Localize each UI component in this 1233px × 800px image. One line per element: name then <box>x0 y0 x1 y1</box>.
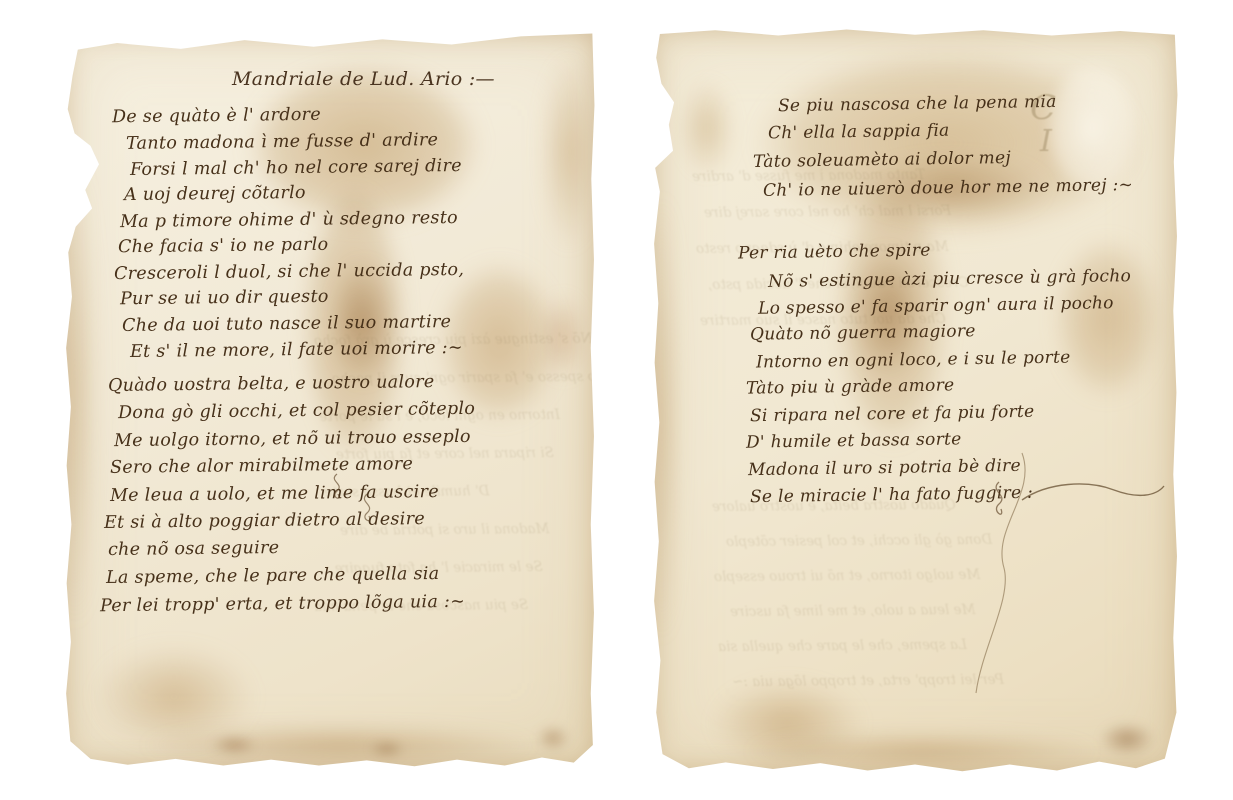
manuscript-line: Madona il uro si potria bè dire <box>748 456 1021 480</box>
manuscript-line: Et s' il ne more, il fate uoi morire :~ <box>130 338 463 362</box>
manuscript-line: Intorno en ogni loco, e i su le porte <box>756 348 1071 373</box>
manuscript-line: Forsi l mal ch' ho nel core sarej dire <box>130 156 462 180</box>
paper-stain <box>104 720 574 770</box>
page1-title: Mandriale de Lud. Ario :— <box>232 68 495 90</box>
showthrough-line: Dona gò gli occhi, et col pesier cõteplo <box>726 532 992 550</box>
manuscript-line: Se piu nascosa che la pena mia <box>778 92 1057 116</box>
manuscript-line: Che facia s' io ne parlo <box>118 235 329 258</box>
manuscript-line: De se quàto è l' ardore <box>112 105 321 128</box>
paper-stain <box>532 722 574 754</box>
manuscript-line: Me leua a uolo, et me lime fa uscire <box>110 482 439 506</box>
manuscript-line: Tàto piu ù gràde amore <box>746 375 955 398</box>
manuscript-line: Et si à alto poggiar dietro al desire <box>104 509 425 533</box>
manuscript-line: A uoj deurej cõtarlo <box>124 183 306 205</box>
manuscript-line: Si ripara nel core et fa piu forte <box>750 402 1035 426</box>
showthrough-line: Me leua a uolo, et me lime fa uscire <box>730 602 976 620</box>
manuscript-line: Ch' ella la sappia fia <box>768 121 950 144</box>
manuscript-page-left: Nõ s' estingue àzi piu cresce ù grà foch… <box>64 32 595 767</box>
paper-stain <box>204 732 264 758</box>
paper-stain <box>1092 718 1162 760</box>
manuscript-line: D' humile et bassa sorte <box>746 429 962 452</box>
manuscript-line: Cresceroli l duol, si che l' uccida psto… <box>114 260 464 284</box>
manuscript-page-right: Tanto madona ì me fusse d' ardire Forsi … <box>652 28 1178 772</box>
manuscript-line: Nõ s' estingue àzi piu cresce ù grà foch… <box>768 266 1131 292</box>
manuscript-line: che nõ osa seguire <box>108 538 280 560</box>
paper-stain <box>712 728 1132 774</box>
showthrough-line: Forsi l mal ch' ho nel core sarej dire <box>704 203 951 221</box>
paper-stain <box>50 112 100 672</box>
manuscript-line: Quàto nõ guerra magiore <box>750 321 976 345</box>
manuscript-line: La speme, che le pare che quella sia <box>106 564 440 588</box>
manuscript-line: Quàdo uostra belta, e uostro ualore <box>108 372 435 396</box>
paper-stain <box>74 632 274 762</box>
manuscript-line: Se le miracie l' ha fato fuggire : <box>750 483 1033 507</box>
manuscript-line: Lo spesso e' fa sparir ogn' aura il poch… <box>758 293 1114 319</box>
pen-flourish-swash <box>1018 476 1168 516</box>
showthrough-letter-i: I <box>1040 124 1052 159</box>
manuscript-line: Tàto soleuamèto ai dolor mej <box>753 148 1011 172</box>
manuscript-line: Sero che alor mirabilmete amore <box>110 454 413 478</box>
paper-stain <box>1042 218 1172 418</box>
photograph-background: { "page1": { "title": "Mandriale de Lud.… <box>0 0 1233 800</box>
manuscript-line: Che da uoi tuto nasce il suo martire <box>122 312 451 336</box>
manuscript-line: Per ria uèto che spire <box>738 240 931 263</box>
paper-stain <box>364 738 410 760</box>
manuscript-line: Pur se ui uo dir questo <box>120 287 329 310</box>
paper-stain <box>640 148 684 688</box>
manuscript-line: Tanto madona ì me fusse d' ardire <box>126 130 439 154</box>
showthrough-line: Per lei tropp' erta, et troppo lõga uia … <box>732 672 1004 690</box>
showthrough-line: La speme, che le pare che quella sia <box>718 637 967 655</box>
manuscript-line: Ma p timore ohime d' ù sdegno resto <box>120 208 458 232</box>
paper-stain <box>534 32 604 272</box>
showthrough-line: Me uolgo itorno, et nõ ui trouo esseplo <box>714 567 980 585</box>
